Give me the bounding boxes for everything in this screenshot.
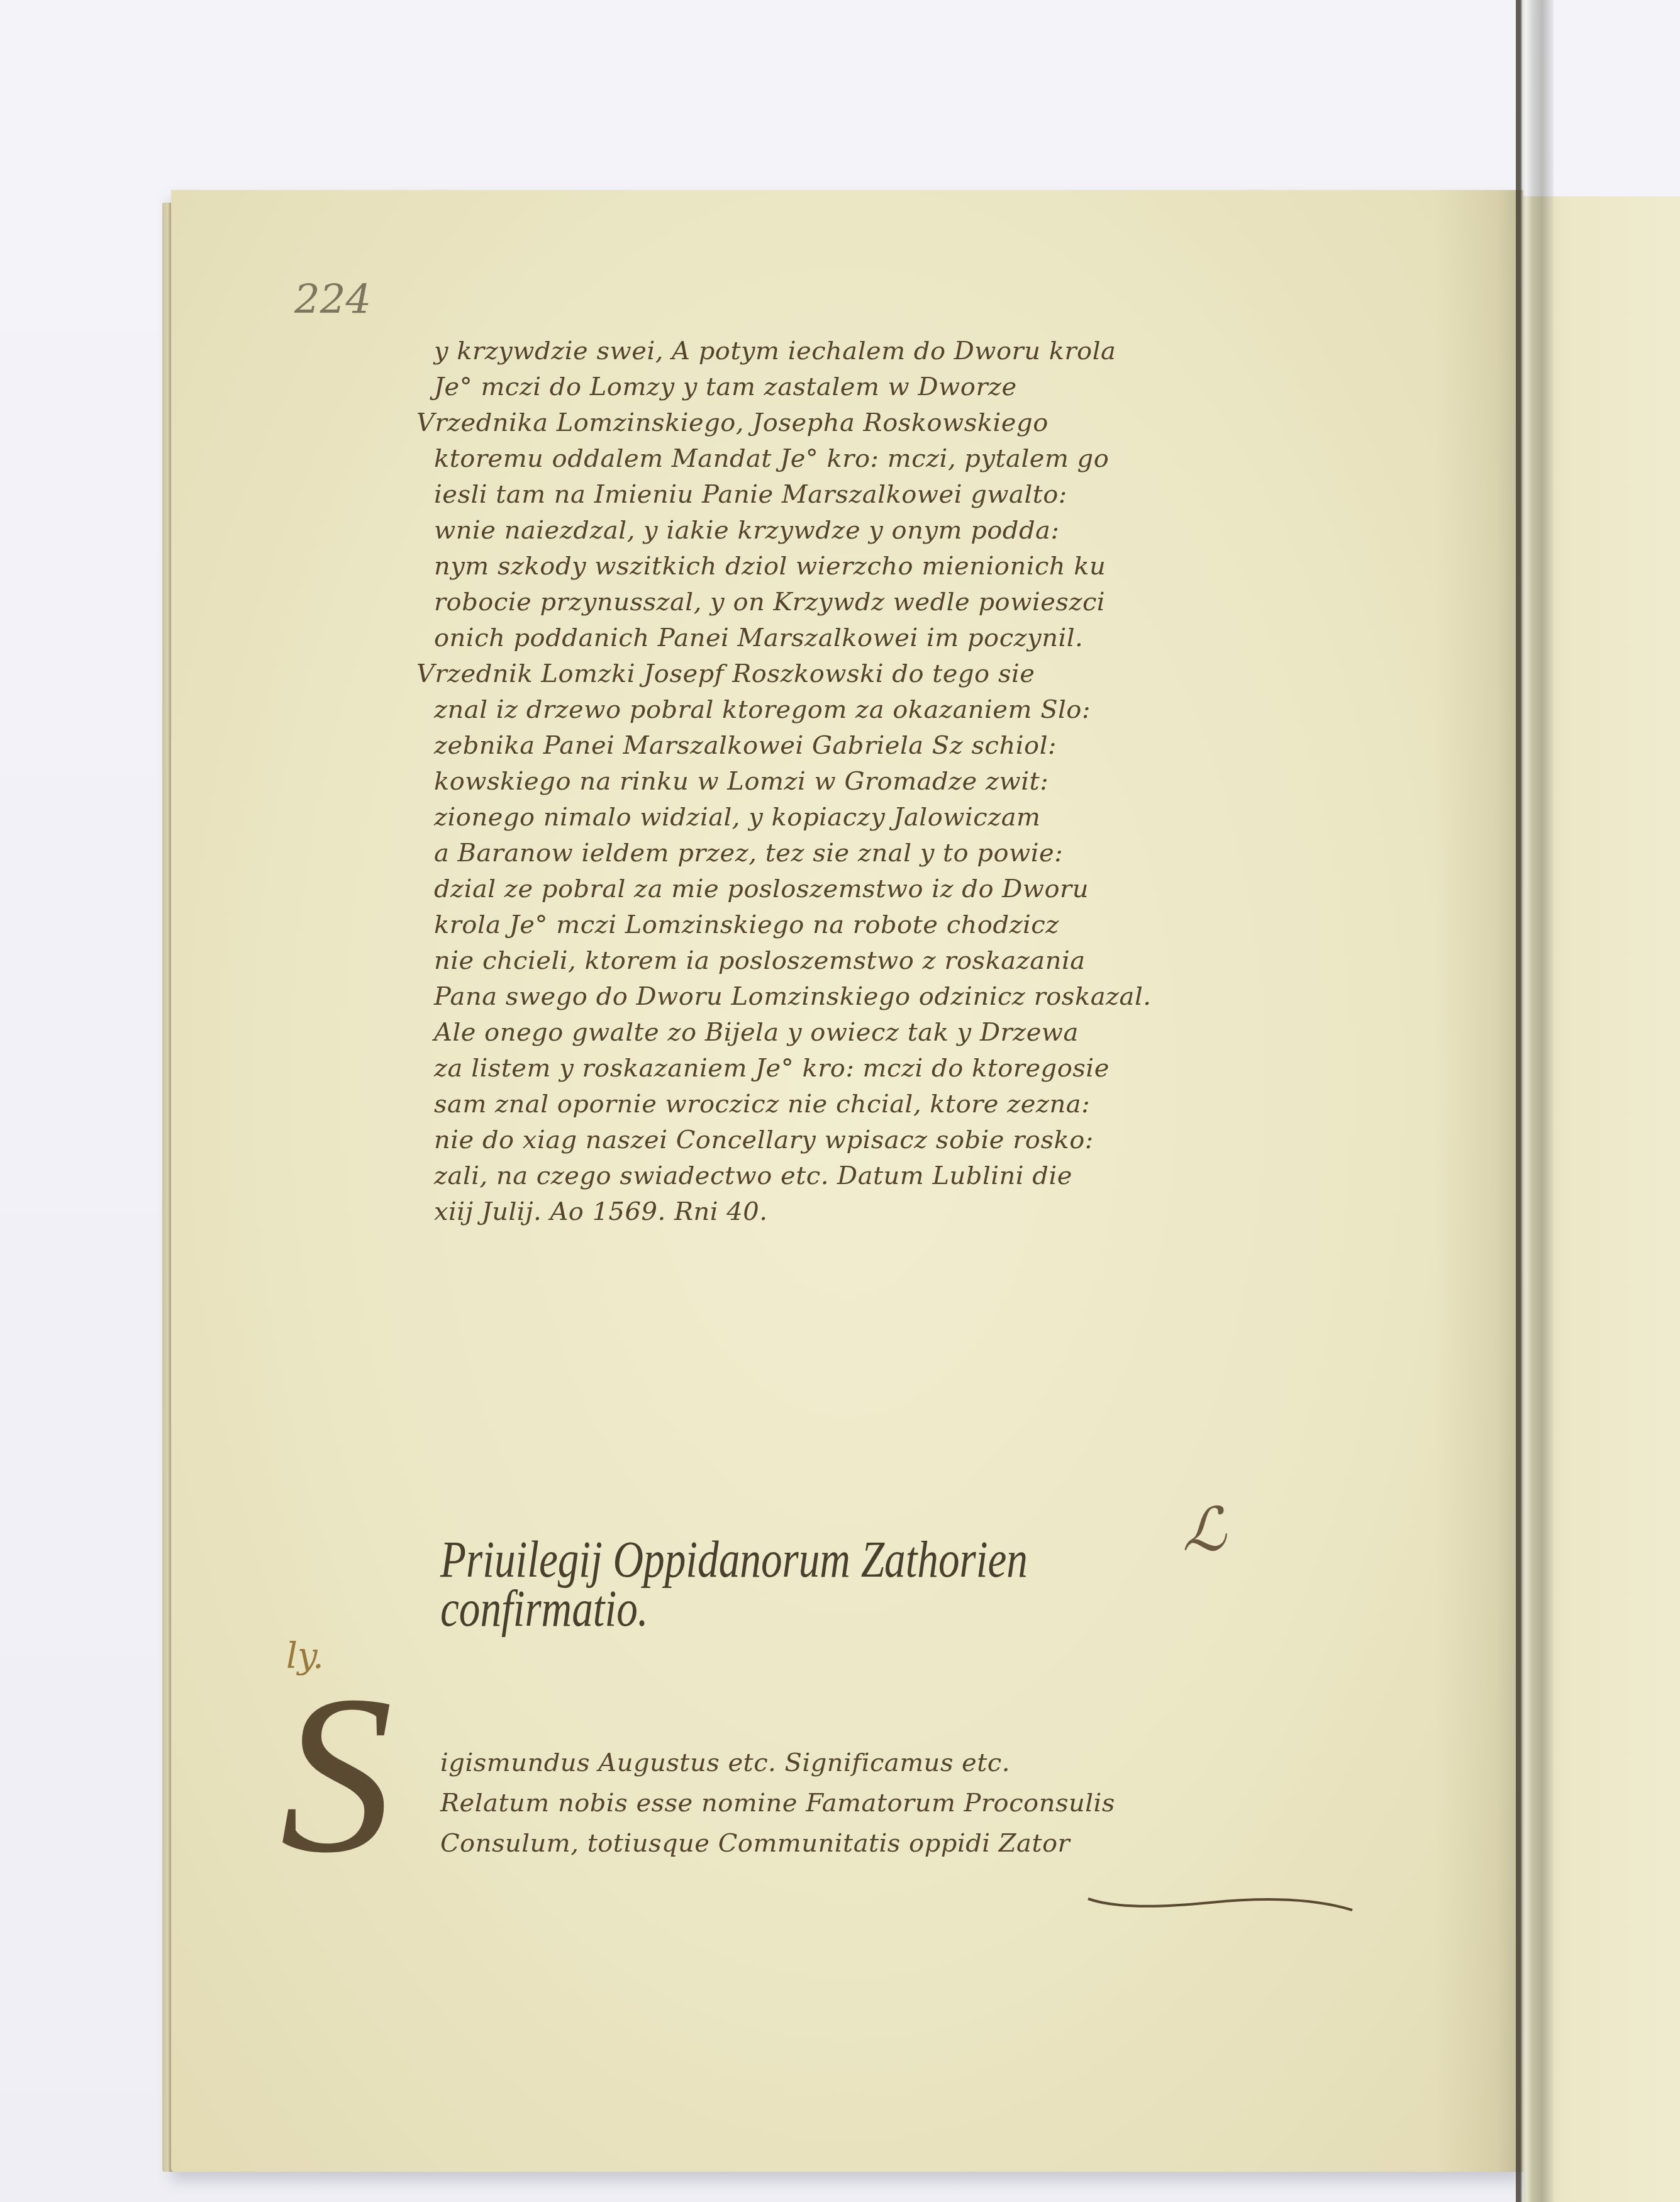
text-line: zebnika Panei Marszalkowei Gabriela Sz s…	[434, 728, 1415, 764]
text-line: Consulum, totiusque Communitatis oppidi …	[440, 1823, 1384, 1864]
text-line: igismundus Augustus etc. Significamus et…	[440, 1743, 1384, 1783]
text-line: onich poddanich Panei Marszalkowei im po…	[434, 620, 1415, 656]
section-title-line-2: confirmatio.	[440, 1584, 1028, 1633]
text-line: a Baranow ieldem przez, tez sie znal y t…	[434, 836, 1415, 871]
text-line: dzial ze pobral za mie posloszemstwo iz …	[434, 871, 1415, 907]
text-line: zali, na czego swiadectwo etc. Datum Lub…	[434, 1158, 1415, 1194]
text-line: nie chcieli, ktorem ia posloszemstwo z r…	[434, 943, 1415, 979]
text-line: Ale onego gwalte zo Bijela y owiecz tak …	[434, 1015, 1415, 1051]
folio-number: 224	[294, 277, 371, 323]
latin-text-block: igismundus Augustus etc. Significamus et…	[440, 1743, 1384, 1864]
text-line: robocie przynusszal, y on Krzywdz wedle …	[434, 584, 1415, 620]
text-line: iesli tam na Imieniu Panie Marszalkowei …	[434, 477, 1415, 513]
text-line: xiij Julij. Ao 1569. Rni 40.	[434, 1194, 1415, 1230]
decorated-initial: S	[280, 1661, 393, 1887]
text-line: Vrzednik Lomzki Josepf Roszkowski do teg…	[416, 656, 1415, 692]
flourish-mark-icon: ℒ	[1182, 1494, 1226, 1565]
text-line: y krzywdzie swei, A potym iechalem do Dw…	[434, 333, 1415, 369]
text-line: wnie naiezdzal, y iakie krzywdze y onym …	[434, 513, 1415, 549]
text-line: Je° mczi do Lomzy y tam zastalem w Dworz…	[434, 369, 1415, 405]
facing-page	[1523, 196, 1680, 2202]
text-line: znal iz drzewo pobral ktoregom za okazan…	[434, 692, 1415, 728]
main-text-block: y krzywdzie swei, A potym iechalem do Dw…	[434, 333, 1415, 1230]
text-line: kowskiego na rinku w Lomzi w Gromadze zw…	[434, 764, 1415, 800]
text-line: Relatum nobis esse nomine Famatorum Proc…	[440, 1783, 1384, 1823]
text-line: zionego nimalo widzial, y kopiaczy Jalow…	[434, 800, 1415, 836]
text-line: nym szkody wszitkich dziol wierzcho mien…	[434, 549, 1415, 584]
text-line: ktoremu oddalem Mandat Je° kro: mczi, py…	[434, 441, 1415, 477]
text-line: za listem y roskazaniem Je° kro: mczi do…	[434, 1051, 1415, 1087]
text-line: Pana swego do Dworu Lomzinskiego odzinic…	[434, 979, 1415, 1015]
manuscript-scan: 224 y krzywdzie swei, A potym iechalem d…	[0, 0, 1680, 2202]
text-line: nie do xiag naszei Concellary wpisacz so…	[434, 1122, 1415, 1158]
section-title: Priuilegij Oppidanorum Zathorien confirm…	[440, 1535, 1028, 1633]
underline-swash-icon	[1085, 1894, 1355, 1913]
text-line: Vrzednika Lomzinskiego, Josepha Roskowsk…	[416, 405, 1415, 441]
text-line: krola Je° mczi Lomzinskiego na robote ch…	[434, 907, 1415, 943]
text-line: sam znal opornie wroczicz nie chcial, kt…	[434, 1087, 1415, 1122]
section-title-line-1: Priuilegij Oppidanorum Zathorien	[440, 1535, 1028, 1584]
